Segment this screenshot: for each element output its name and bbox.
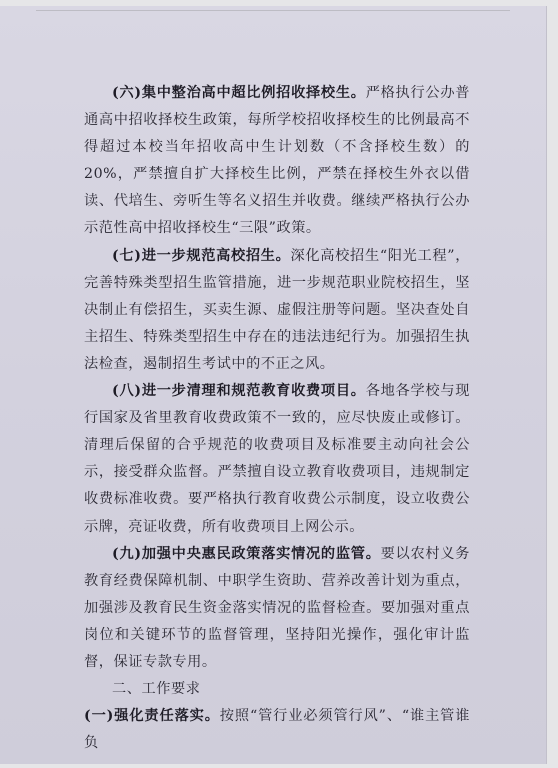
- paragraph-heading: (一)强化责任落实。: [84, 708, 220, 724]
- paragraph-9: (九)加强中央惠民政策落实情况的监管。要以农村义务教育经费保障机制、中职学生资助…: [84, 541, 470, 676]
- paragraph-text: 深化高校招生“阳光工程”，完善特殊类型招生监管措施，进一步规范职业院校招生，坚决…: [84, 248, 470, 372]
- page-top-edge: [36, 10, 510, 11]
- paragraph-text: 严格执行公办普通高中招收择校生政策，每所学校招收择校生的比例最高不得超过本校当年…: [84, 85, 470, 236]
- paragraph-8: (八)进一步清理和规范教育收费项目。各地各学校与现行国家及省里教育收费政策不一致…: [84, 378, 470, 541]
- section-title: 二、工作要求: [84, 676, 470, 703]
- document-body: (六)集中整治高中超比例招收择校生。严格执行公办普通高中招收择校生政策，每所学校…: [84, 80, 470, 757]
- scanned-page: (六)集中整治高中超比例招收择校生。严格执行公办普通高中招收择校生政策，每所学校…: [0, 6, 546, 764]
- paragraph-heading: (七)进一步规范高校招生。: [112, 248, 291, 264]
- paragraph-text: 各地各学校与现行国家及省里教育收费政策不一致的，应尽快废止或修订。清理后保留的合…: [84, 383, 470, 534]
- paragraph-text: 要以农村义务教育经费保障机制、中职学生资助、营养改善计划为重点，加强涉及教育民生…: [84, 546, 470, 670]
- paragraph-7: (七)进一步规范高校招生。深化高校招生“阳光工程”，完善特殊类型招生监管措施，进…: [84, 243, 470, 378]
- paragraph-heading: (六)集中整治高中超比例招收择校生。: [112, 85, 366, 101]
- paragraph-1: (一)强化责任落实。按照“管行业必须管行风”、“谁主管谁负: [84, 703, 470, 757]
- paragraph-heading: (八)进一步清理和规范教育收费项目。: [112, 383, 366, 399]
- paragraph-heading: (九)加强中央惠民政策落实情况的监管。: [112, 546, 381, 562]
- paragraph-6: (六)集中整治高中超比例招收择校生。严格执行公办普通高中招收择校生政策，每所学校…: [84, 80, 470, 243]
